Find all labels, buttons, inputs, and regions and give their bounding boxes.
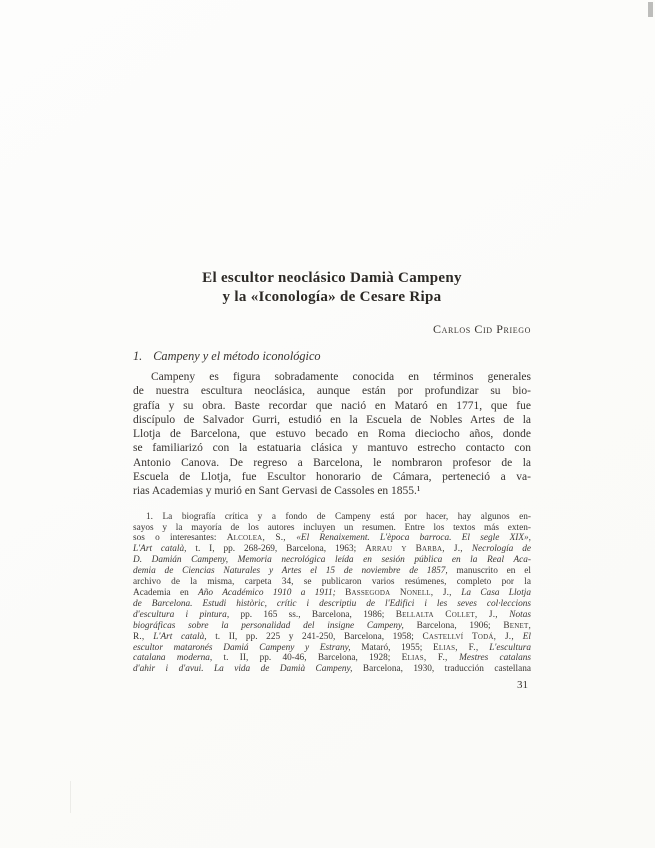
text-line: Campeny es figura sobradamente conocida … (133, 370, 531, 384)
text-line: rias Academias y murió en Sant Gervasi d… (133, 484, 531, 498)
footnote-line: biográficas sobre la personalidad del in… (133, 621, 531, 632)
footnote-line: R., L'Art català, t. II, pp. 225 y 241-2… (133, 632, 531, 643)
footnote-line: d'ahir i d'avui. La vida de Damià Campen… (133, 664, 531, 675)
text-line: Escuela de Llotja, fue Escultor honorari… (133, 470, 531, 484)
scan-artifact-mark (648, 2, 653, 17)
author-byline: Carlos Cid Priego (133, 322, 531, 337)
footnote-line: D. Damián Campeny, Memoria necrológica l… (133, 555, 531, 566)
footnote-line: sos o interesantes: Alcolea, S., «El Ren… (133, 533, 531, 544)
footnote-line: Academia en Año Académico 1910 a 1911; B… (133, 588, 531, 599)
text-line: se familiarizó con la estatuaria clásica… (133, 441, 531, 455)
page-content: El escultor neoclásico Damià Campeny y l… (133, 269, 531, 691)
scan-artifact-line (70, 781, 71, 813)
section-title: Campeny y el método iconológico (153, 349, 320, 363)
footnote-line: demia de Ciencias Naturales y Artes el 1… (133, 566, 531, 577)
text-line: Antonio Canova. De regreso a Barcelona, … (133, 456, 531, 470)
footnote-line: escultor mataronés Damiá Campeny y Estra… (133, 643, 531, 654)
article-title: El escultor neoclásico Damià Campeny y l… (133, 269, 531, 306)
section-heading: 1.Campeny y el método iconológico (133, 349, 531, 364)
text-line: grafía y su obra. Baste recordar que nac… (133, 399, 531, 413)
title-line-2: y la «Iconología» de Cesare Ripa (133, 288, 531, 307)
footnote: 1. La biografía crítica y a fondo de Cam… (133, 512, 531, 676)
footnote-line: archivo de la misma, carpeta 34, se publ… (133, 577, 531, 588)
scanned-page-background: El escultor neoclásico Damià Campeny y l… (0, 0, 655, 848)
footnote-line: sayos y la mayoría de los autores incluy… (133, 523, 531, 534)
page-number: 31 (133, 679, 531, 691)
footnote-line: d'escultura i pintura, pp. 165 ss., Barc… (133, 610, 531, 621)
title-line-1: El escultor neoclásico Damià Campeny (133, 269, 531, 288)
footnote-line: 1. La biografía crítica y a fondo de Cam… (133, 512, 531, 523)
text-line: Llotja de Barcelona, que estuvo becado e… (133, 427, 531, 441)
text-line: discípulo de Salvador Gurri, estudió en … (133, 413, 531, 427)
text-line: de nuestra escultura neoclásica, aunque … (133, 384, 531, 398)
footnote-line: L'Art català, t. I, pp. 268-269, Barcelo… (133, 544, 531, 555)
body-paragraph: Campeny es figura sobradamente conocida … (133, 370, 531, 499)
footnote-line: catalana moderna, t. II, pp. 40-46, Barc… (133, 653, 531, 664)
footnote-line: de Barcelona. Estudi històric, crític i … (133, 599, 531, 610)
section-number: 1. (133, 349, 142, 364)
